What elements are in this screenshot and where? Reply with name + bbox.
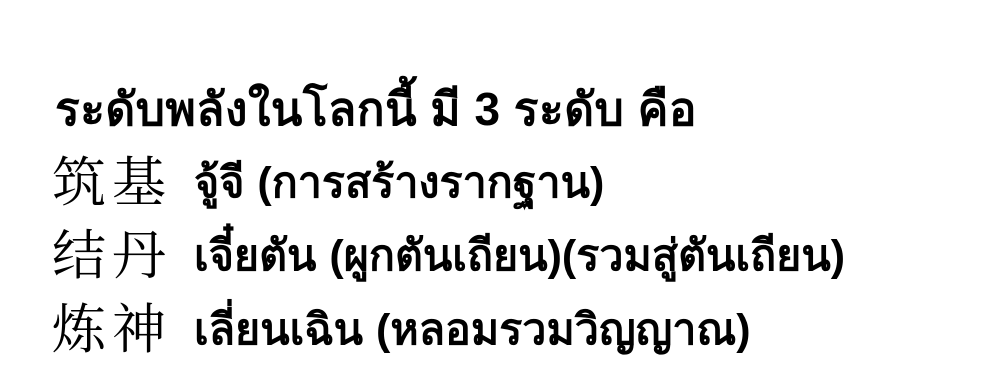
- level-row-lianshen: 炼神 เลี่ยนเฉิน (หลอมรวมวิญญาณ): [52, 297, 751, 363]
- thai-gloss-lianshen: (หลอมรวมวิญญาณ): [376, 309, 751, 352]
- thai-gloss-zhuji: (การสร้างรากฐาน): [257, 162, 604, 205]
- level-row-jiedan: 结丹 เจี๋ยตัน (ผูกตันเถียน)(รวมสู่ตันเถียน…: [52, 223, 845, 289]
- page: ระดับพลังในโลกนี้ มี 3 ระดับ คือ 筑基 จู้จ…: [0, 0, 1000, 391]
- hanzi-label-jiedan: 结丹: [52, 229, 172, 283]
- heading-power-levels: ระดับพลังในโลกนี้ มี 3 ระดับ คือ: [55, 78, 697, 140]
- hanzi-label-lianshen: 炼神: [52, 303, 172, 357]
- thai-gloss-jiedan: (ผูกตันเถียน)(รวมสู่ตันเถียน): [329, 235, 845, 278]
- thai-name-jiedan: เจี๋ยตัน: [194, 235, 316, 278]
- thai-name-lianshen: เลี่ยนเฉิน: [194, 309, 363, 352]
- level-row-zhuji: 筑基 จู้จี (การสร้างรากฐาน): [52, 150, 604, 216]
- hanzi-label-zhuji: 筑基: [52, 156, 172, 210]
- thai-name-zhuji: จู้จี: [194, 162, 244, 205]
